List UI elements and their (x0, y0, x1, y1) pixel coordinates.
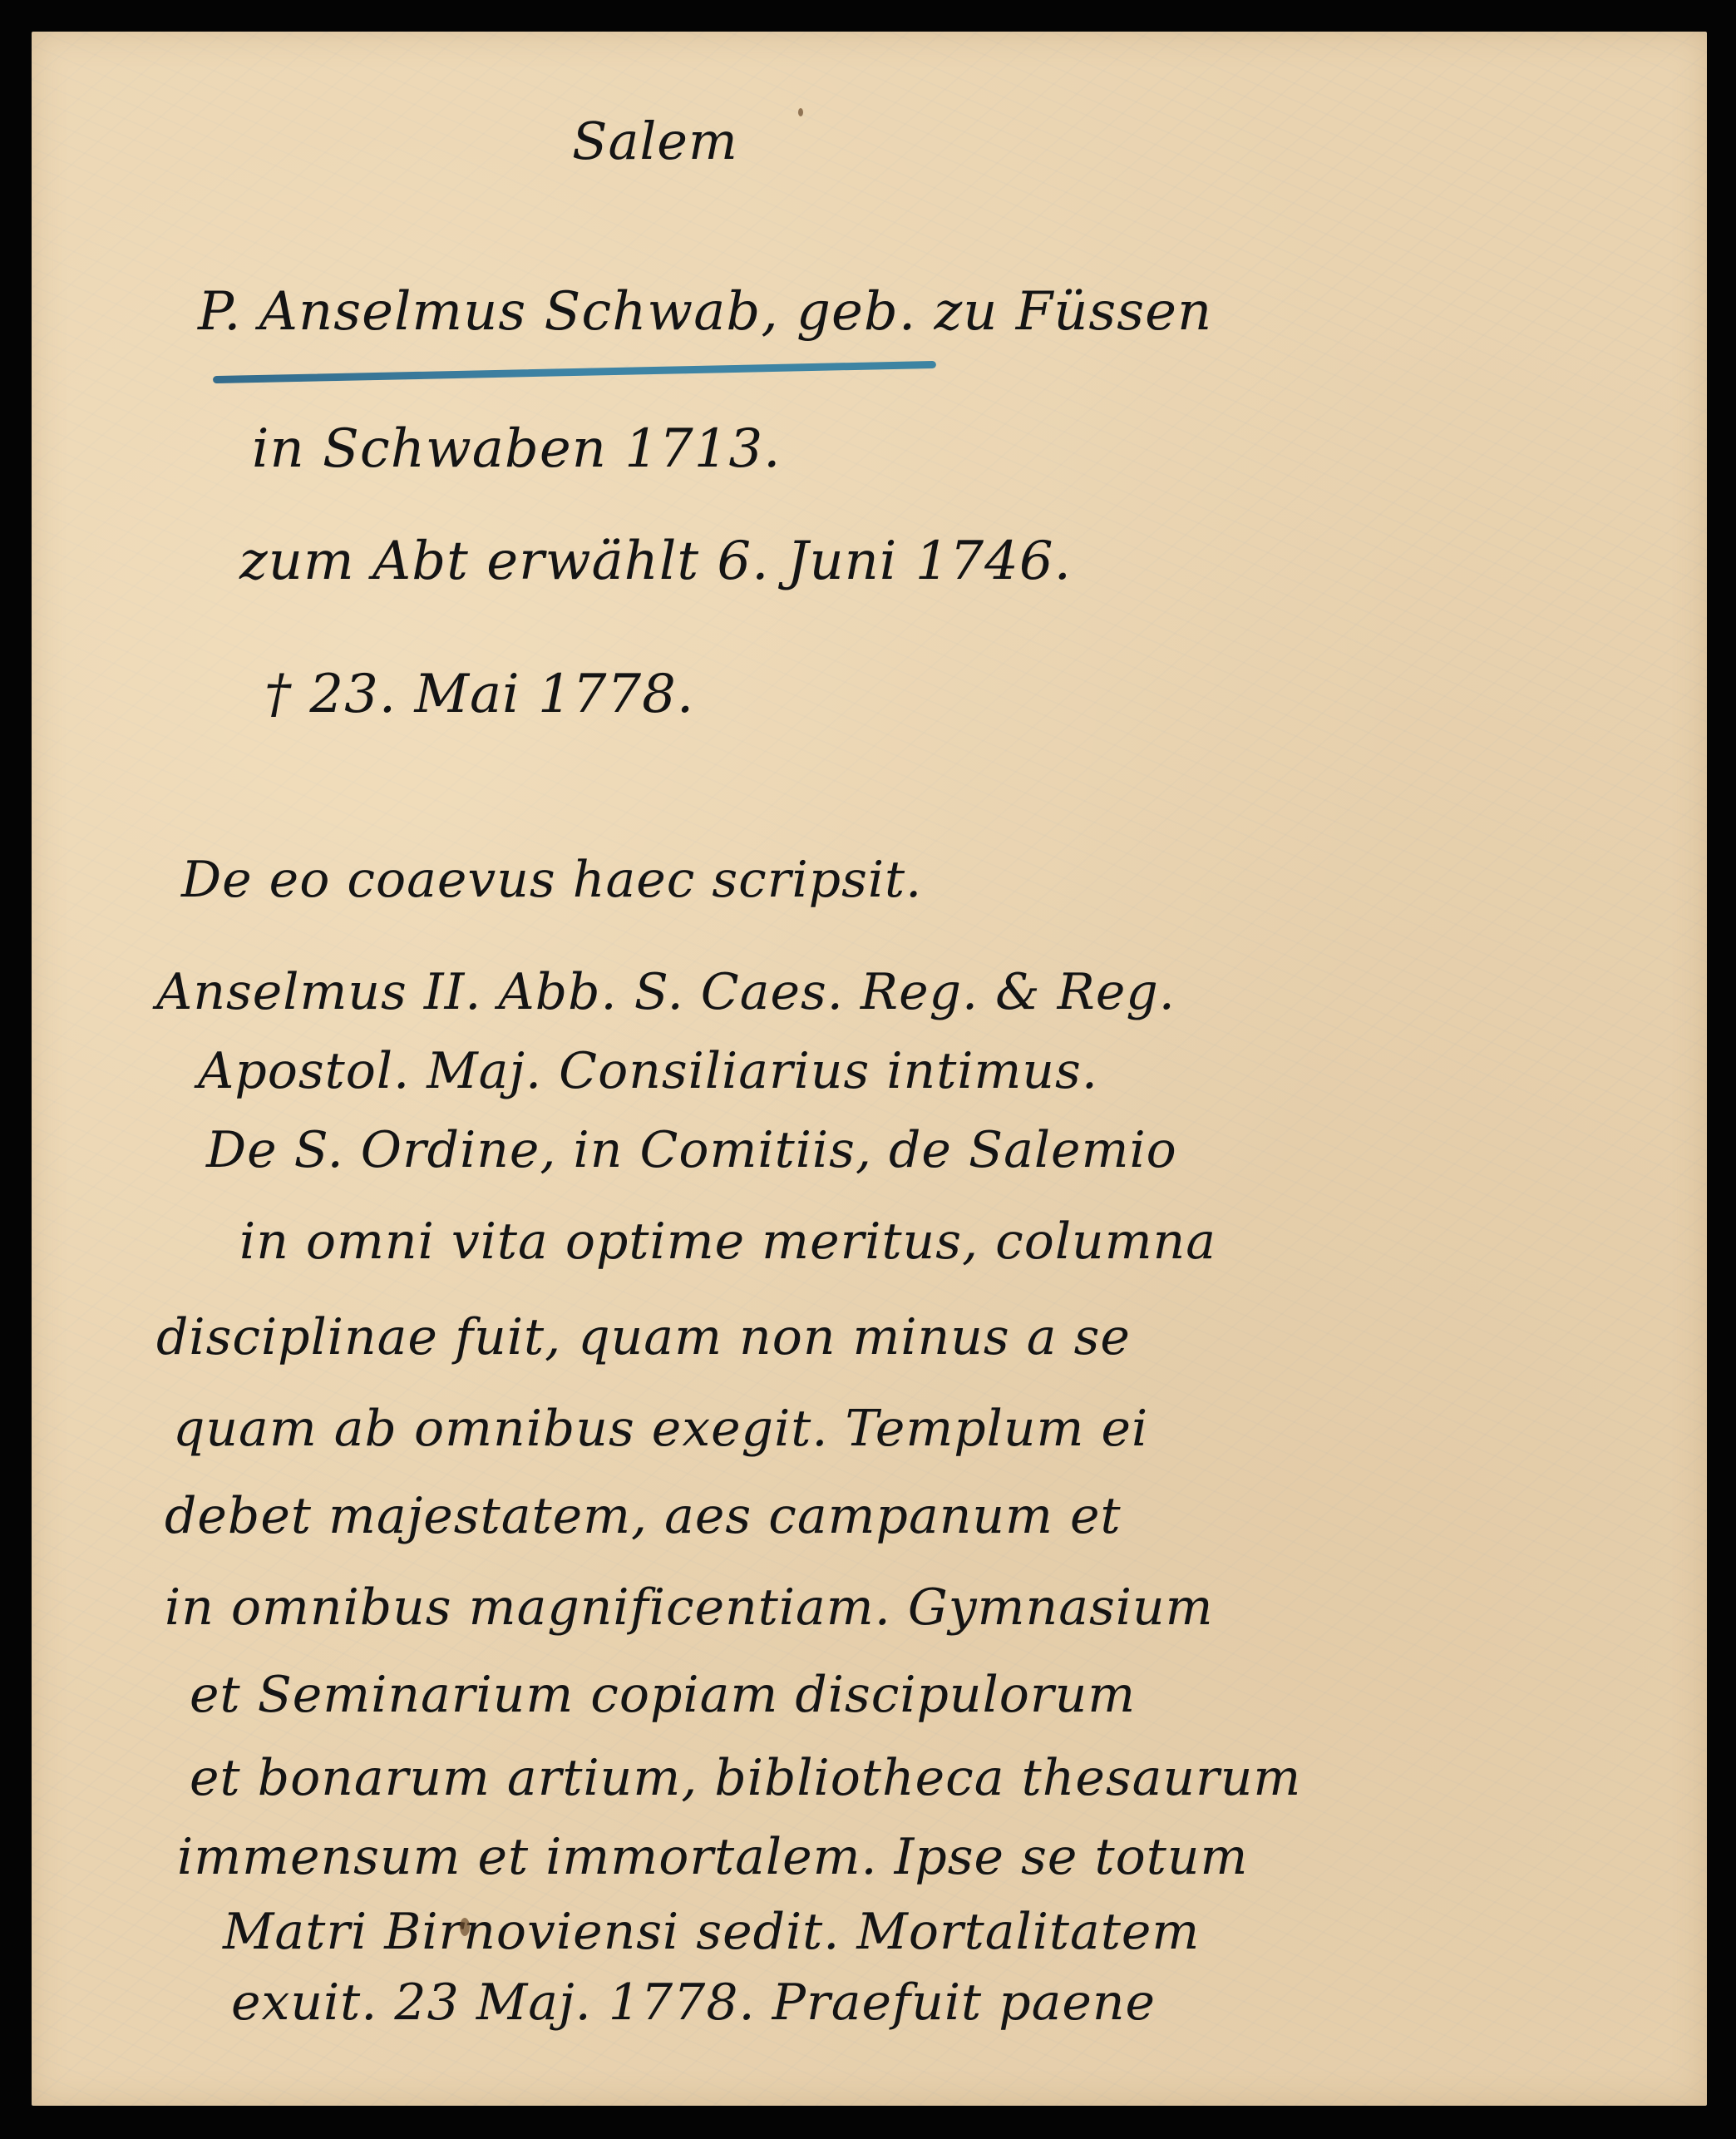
blue-underline (213, 361, 936, 383)
ink-blot (460, 1918, 470, 1936)
manuscript-page: Salem P. Anselmus Schwab, geb. zu Füssen… (32, 32, 1707, 2106)
german-note-line-1: P. Anselmus Schwab, geb. zu Füssen (198, 281, 1212, 343)
latin-line-9: et Seminarium copiam discipulorum (190, 1666, 1136, 1724)
latin-line-2: Apostol. Maj. Consiliarius intimus. (198, 1042, 1098, 1100)
latin-line-7: debet majestatem, aes campanum et (165, 1487, 1122, 1545)
latin-line-10: et bonarum artium, bibliotheca thesaurum (190, 1749, 1301, 1807)
latin-intro: De eo coaevus haec scripsit. (181, 851, 922, 909)
ink-speck (798, 108, 803, 116)
german-note-line-3: zum Abt erwählt 6. Juni 1746. (239, 531, 1072, 592)
latin-line-6: quam ab omnibus exegit. Templum ei (173, 1400, 1148, 1458)
german-note-line-4: † 23. Mai 1778. (264, 664, 694, 725)
latin-line-5: disciplinae fuit, quam non minus a se (156, 1308, 1131, 1366)
latin-line-13: exuit. 23 Maj. 1778. Praefuit paene (231, 1974, 1156, 2032)
german-note-line-2: in Schwaben 1713. (252, 418, 782, 480)
scan-background: Salem P. Anselmus Schwab, geb. zu Füssen… (0, 0, 1736, 2139)
latin-line-3: De S. Ordine, in Comitiis, de Salemio (206, 1121, 1177, 1179)
latin-line-12: Matri Birnoviensi sedit. Mortalitatem (223, 1903, 1200, 1961)
page-heading: Salem (572, 111, 738, 171)
latin-line-11: immensum et immortalem. Ipse se totum (177, 1828, 1248, 1886)
latin-line-1: Anselmus II. Abb. S. Caes. Reg. & Reg. (156, 963, 1176, 1021)
latin-line-8: in omnibus magnificentiam. Gymnasium (165, 1578, 1214, 1637)
latin-line-4: in omni vita optime meritus, columna (239, 1213, 1216, 1271)
